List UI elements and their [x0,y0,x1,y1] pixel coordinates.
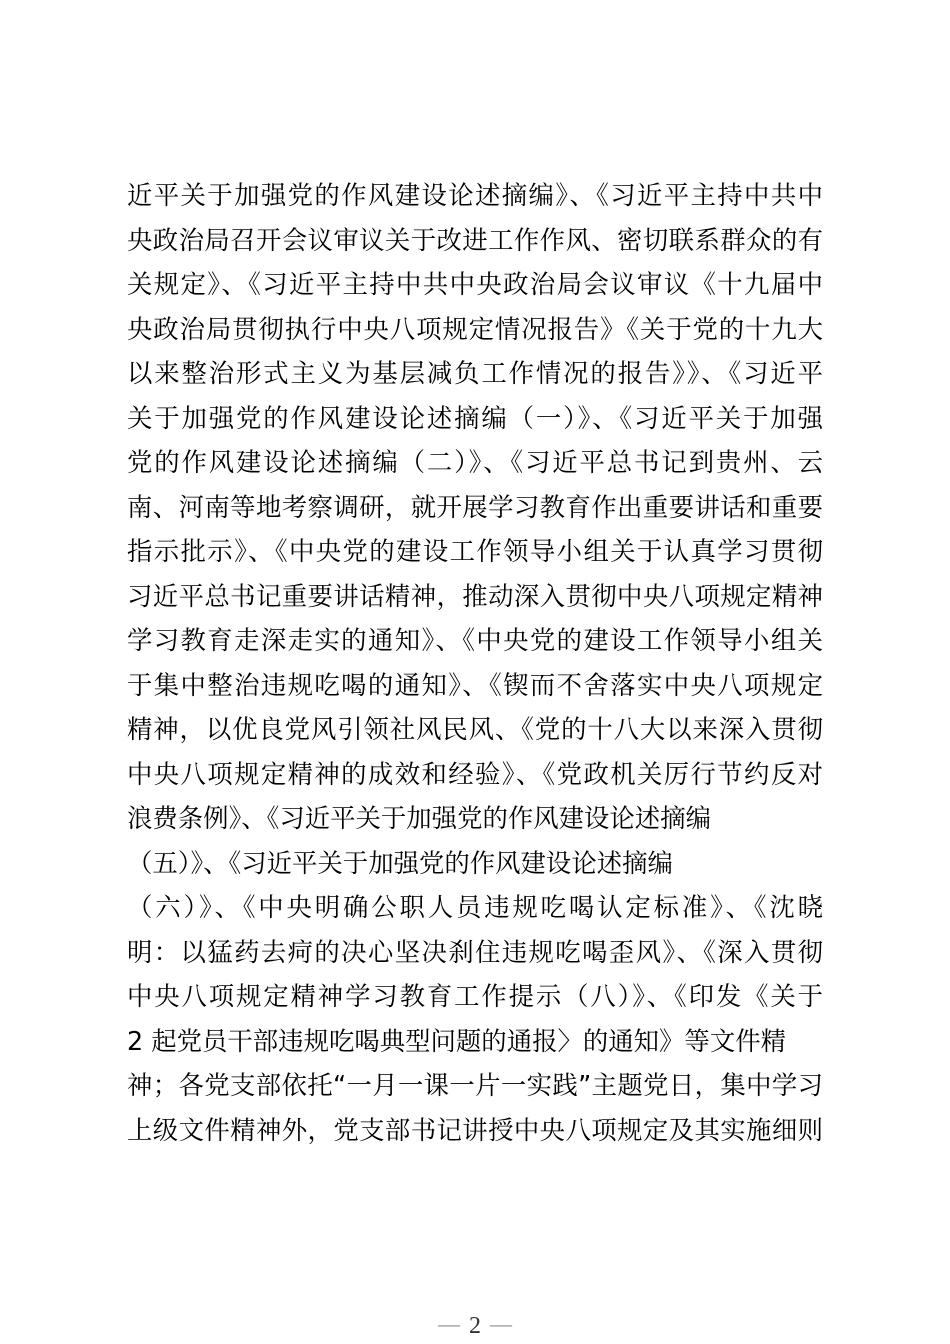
document-page: 近平关于加强党的作风建设论述摘编》、《习近平主持中共中 央政治局召开会议审议关于… [0,0,950,1344]
paragraph-line: 近平关于加强党的作风建设论述摘编》、《习近平主持中共中 [127,173,823,218]
paragraph-line: 南、河南等地考察调研，就开展学习教育作出重要讲话和重要 [127,485,823,530]
paragraph-line: 上级文件精神外，党支部书记讲授中央八项规定及其实施细则 [127,1108,823,1153]
paragraph-line: 关规定》、《习近平主持中共中央政治局会议审议《十九届中 [127,262,823,307]
paragraph-line: 指示批示》、《中央党的建设工作领导小组关于认真学习贯彻 [127,529,823,574]
paragraph-line: 精神，以优良党风引领社风民风、《党的十八大以来深入贯彻 [127,707,823,752]
footer-dash-right: — [490,1311,512,1336]
page-number: 2 [469,1313,481,1339]
page-footer: —2— [0,1311,950,1341]
paragraph-line: 央政治局贯彻执行中央八项规定情况报告》《关于党的十九大 [127,307,823,352]
paragraph-line: 中央八项规定精神的成效和经验》、《党政机关厉行节约反对 [127,752,823,797]
footer-dash-left: — [438,1311,460,1336]
paragraph-line: 习近平总书记重要讲话精神，推动深入贯彻中央八项规定精神 [127,574,823,619]
paragraph-line: 中央八项规定精神学习教育工作提示（八）》、《印发《关于 [127,974,823,1019]
paragraph-line: 明：以猛药去疴的决心坚决刹住违规吃喝歪风》、《深入贯彻 [127,930,823,975]
paragraph-line: 央政治局召开会议审议关于改进工作作风、密切联系群众的有 [127,218,823,263]
body-text: 近平关于加强党的作风建设论述摘编》、《习近平主持中共中 央政治局召开会议审议关于… [127,173,823,1152]
paragraph-line: （六）》、《中央明确公职人员违规吃喝认定标准》、《沈晓 [127,885,823,930]
paragraph-line: 以来整治形式主义为基层减负工作情况的报告》》、《习近平 [127,351,823,396]
paragraph-line: 于集中整治违规吃喝的通知》、《锲而不舍落实中央八项规定 [127,663,823,708]
paragraph-line: 学习教育走深走实的通知》、《中央党的建设工作领导小组关 [127,618,823,663]
paragraph-line: 浪费条例》、《习近平关于加强党的作风建设论述摘编 [127,796,823,841]
paragraph-line: 神；各党支部依托“一月一课一片一实践”主题党日，集中学习 [127,1063,823,1108]
paragraph-line: 党的作风建设论述摘编（二）》、《习近平总书记到贵州、云 [127,440,823,485]
paragraph-line: 2 起党员干部违规吃喝典型问题的通报〉的通知》等文件精 [127,1019,823,1064]
paragraph-line: （五）》、《习近平关于加强党的作风建设论述摘编 [127,841,823,886]
paragraph-line: 关于加强党的作风建设论述摘编（一）》、《习近平关于加强 [127,396,823,441]
